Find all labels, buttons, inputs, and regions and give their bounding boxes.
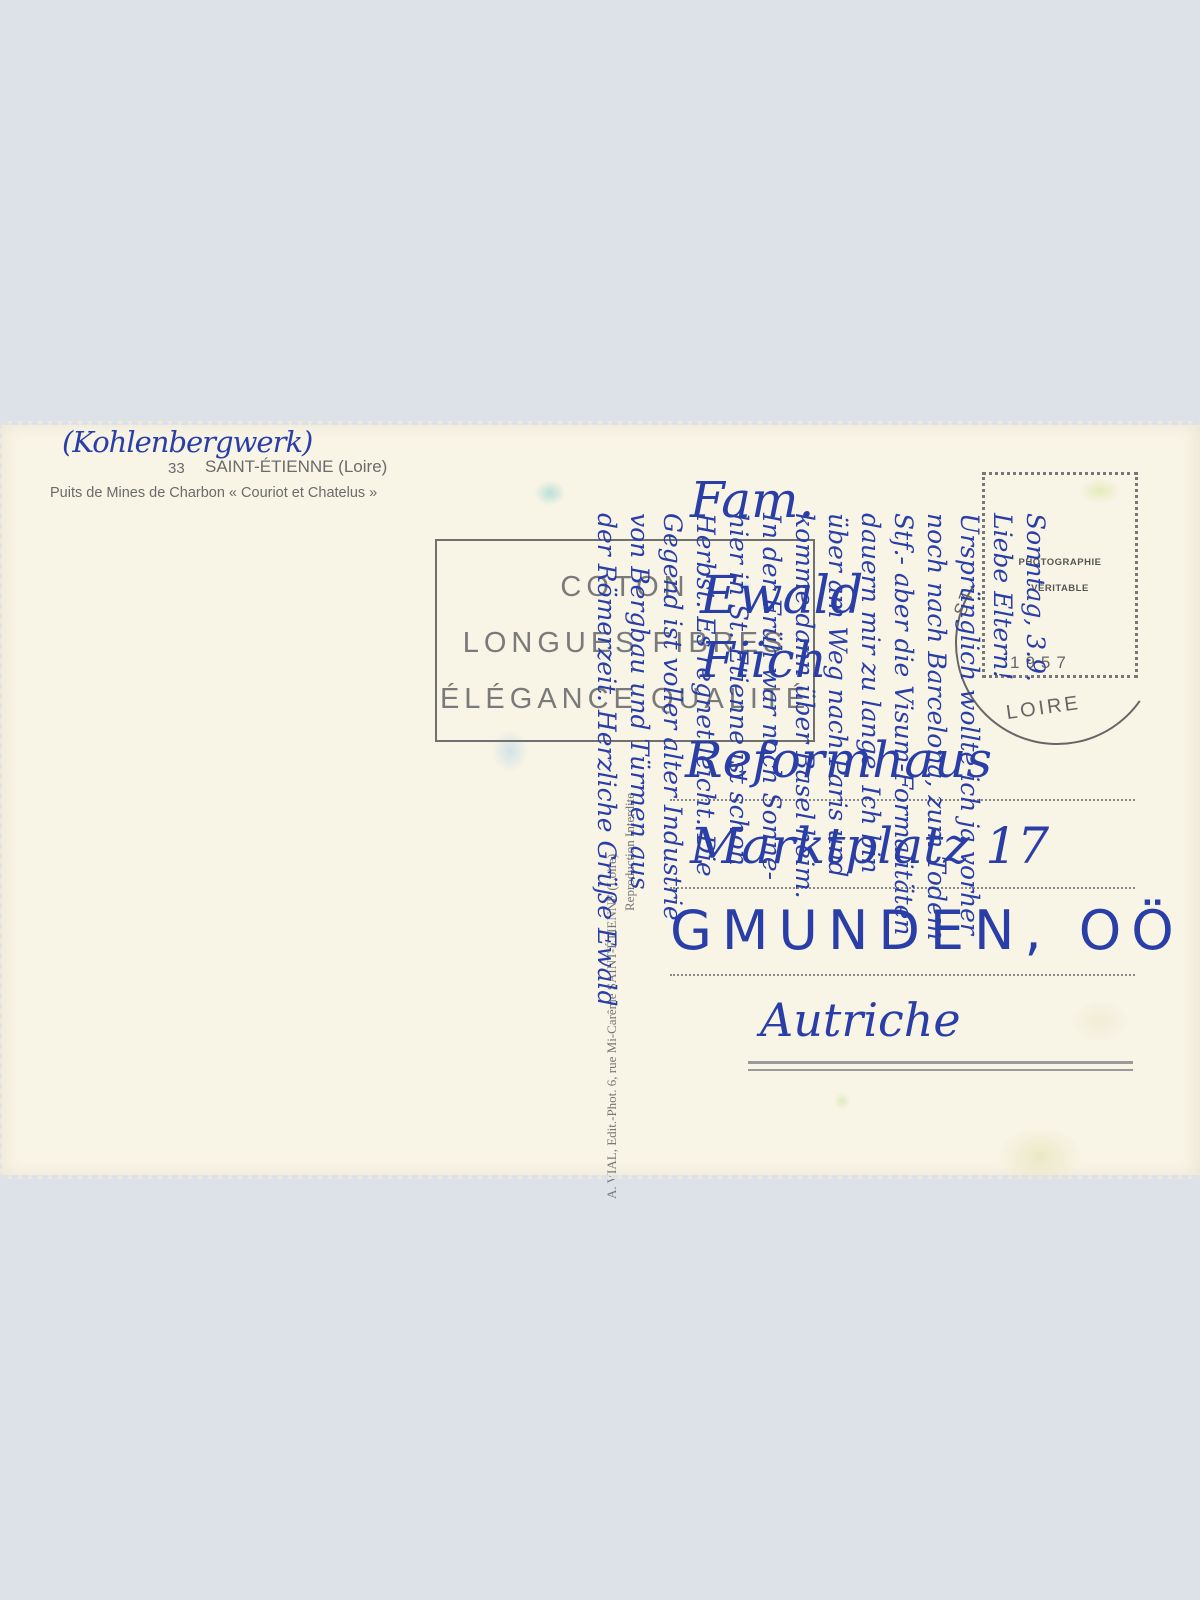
message-line: Sonntag, 3.9.	[1019, 513, 1052, 1173]
message-line: dauern mir zu lange. Ich bin	[854, 513, 887, 1173]
message-line: noch nach Barcelona, zum Todem	[920, 513, 953, 1173]
message-line: In der Früh war noch Sonne-	[755, 513, 788, 1173]
deckled-edge	[0, 421, 4, 1179]
handwritten-note-top: (Kohlenbergwerk)	[62, 425, 312, 459]
message-line: hier in St. Etienne ist schon	[722, 513, 755, 1173]
message-line: über am Weg nach Paris und	[821, 513, 854, 1173]
caption-title: SAINT-ÉTIENNE (Loire)	[205, 457, 387, 477]
message-line: der Römerzeit. Herzliche Grüße Ewald	[590, 513, 623, 1173]
message-line: Herbst. Es regnet leicht. Die	[689, 513, 722, 1173]
postcard-back: (Kohlenbergwerk) 33 SAINT-ÉTIENNE (Loire…	[0, 421, 1200, 1179]
caption-subtitle: Puits de Mines de Charbon « Couriot et C…	[50, 485, 377, 501]
message-line: von Bergbau und Türmen aus	[623, 513, 656, 1173]
caption-number: 33	[168, 460, 185, 477]
message-line: Ursprünglich wollte ich ja vorher	[953, 513, 986, 1173]
message-line: Liebe Eltern!	[986, 513, 1019, 1173]
message-line: Gegend ist voller alter Industrie	[656, 513, 689, 1173]
handwritten-message: Sonntag, 3.9. Liebe Eltern! Ursprünglich…	[590, 513, 1052, 1173]
message-line: Stf.- aber die Visum-Formalitäten	[887, 513, 920, 1173]
message-line: komme dann über Basel heim.	[788, 513, 821, 1173]
